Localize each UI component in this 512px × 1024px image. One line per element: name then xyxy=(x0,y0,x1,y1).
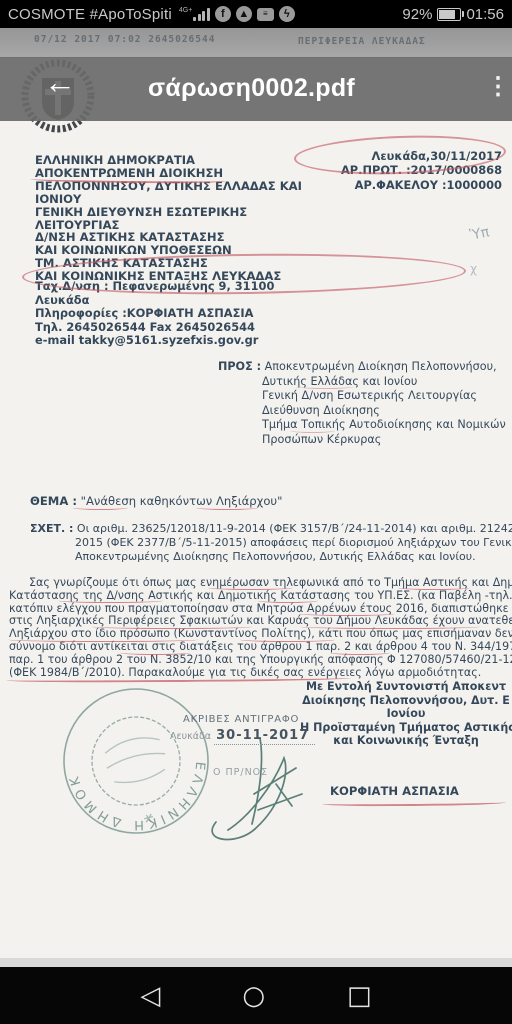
back-button[interactable]: ← xyxy=(44,66,76,98)
related-block: ΣΧΕΤ. : Οι αριθμ. 23625/12018/11-9-2014 … xyxy=(30,522,512,563)
body-line: σύννομο διότι αντίκειται στις διατάξεις … xyxy=(9,641,512,654)
phone-screen: COSMOTE #ApoToSpiti 4G+ f ▲ ≡ ϟ 92% 01:5… xyxy=(0,0,512,1024)
red-underline xyxy=(8,637,198,642)
status-bar-left: COSMOTE #ApoToSpiti 4G+ f ▲ ≡ ϟ xyxy=(8,6,402,23)
nav-back-button[interactable]: ◁ xyxy=(140,983,160,1009)
closing-line: Η Προϊσταμένη Τμήματος Αστικής xyxy=(300,721,512,735)
related-line: Οι αριθμ. 23625/12018/11-9-2014 (ΦΕΚ 315… xyxy=(77,522,512,535)
red-underline xyxy=(240,637,335,642)
signer-role-label: Ο ΠΡ/ΝΟΣ xyxy=(213,767,268,778)
svg-text:ΕΛΛΗΝΙΚΗ ΔΗΜΟΚΡΑΤΙΑ: ΕΛΛΗΝΙΚΗ ΔΗΜΟΚΡΑΤΙΑ xyxy=(20,655,220,856)
closing-line: Με Εντολή Συντονιστή Αποκεντ xyxy=(300,680,512,694)
red-underline xyxy=(296,384,354,389)
certified-date-line: Λευκάδα 30-11-2017 xyxy=(170,728,315,743)
status-bar-right: 92% 01:56 xyxy=(402,6,504,23)
file-number-line: ΑΡ.ΦΑΚΕΛΟΥ :1000000 xyxy=(296,178,502,192)
handwritten-signature xyxy=(198,736,318,856)
closing-block: Με Εντολή Συντονιστή Αποκεντ Διοίκησης Π… xyxy=(300,680,512,748)
to-line: Διεύθυνση Διοίκησης xyxy=(262,404,506,419)
signal-4g-icon: 4G+ xyxy=(179,7,210,21)
red-underline xyxy=(73,505,128,510)
certified-copy-label: ΑΚΡΙΒΕΣ ΑΝΤΙΓΡΑΦΟ xyxy=(183,714,299,725)
margin-handwriting: Ὑπ xyxy=(469,224,491,244)
closing-line: Ιονίου xyxy=(300,707,512,721)
red-underline xyxy=(300,611,395,616)
red-underline xyxy=(300,624,480,629)
red-underline xyxy=(92,624,252,629)
to-line: Αποκεντρωμένη Διοίκηση Πελοποννήσου, xyxy=(265,360,497,373)
signer-name: ΚΟΡΦΙΑΤΗ ΑΣΠΑΣΙΑ xyxy=(330,784,459,798)
stamp-text: ΕΛΛΗΝΙΚΗ ΔΗΜΟΚΡΑΤΙΑ xyxy=(20,655,220,856)
battery-icon xyxy=(437,8,461,21)
closing-line: και Κοινωνικής Ένταξη xyxy=(300,734,512,748)
to-line: Προσώπων Κέρκυρας xyxy=(262,433,506,448)
red-underline xyxy=(208,585,293,590)
closing-line: Διοίκησης Πελοποννήσου, Δυτ. Ε xyxy=(300,694,512,708)
to-label: ΠΡΟΣ : xyxy=(218,360,261,373)
contact-line: Τηλ. 2645026544 Fax 2645026544 xyxy=(35,321,274,335)
battery-percent-label: 92% xyxy=(402,6,432,23)
red-underline xyxy=(330,650,390,655)
facebook-icon: f xyxy=(215,6,231,22)
sms-card-icon: ≡ xyxy=(257,8,274,21)
to-line: Γενική Δ/νση Εσωτερικής Λειτουργίας xyxy=(262,389,506,404)
android-nav-bar: ◁ ○ □ xyxy=(0,967,512,1024)
sender-line: ΓΕΝΙΚΗ ΔΙΕΥΘΥΝΣΗ ΕΣΩΤΕΡΙΚΗΣ xyxy=(35,206,302,219)
related-line: Αποκεντρωμένης Διοίκησης Πελοποννήσου, Δ… xyxy=(75,550,512,564)
contact-line: Πληροφορίες :ΚΟΡΦΙΑΤΗ ΑΣΠΑΣΙΑ xyxy=(35,307,274,321)
red-underline xyxy=(290,428,335,433)
margin-handwriting: χ xyxy=(470,262,477,276)
brave-browser-icon: ▲ xyxy=(236,6,252,22)
related-line: 2015 (ΦΕΚ 2377/Β΄/5-11-2015) αποφάσεις π… xyxy=(75,536,512,550)
recipient-block: ΠΡΟΣ : Αποκεντρωμένη Διοίκηση Πελοποννήσ… xyxy=(218,360,506,448)
clock-label: 01:56 xyxy=(466,6,504,23)
red-underline xyxy=(120,650,190,655)
fax-header-right: ΠΕΡΙΦΕΡΕΙΑ ΛΕΥΚΑΔΑΣ xyxy=(298,36,426,47)
red-underline xyxy=(258,598,318,603)
certified-place: Λευκάδα xyxy=(170,731,211,742)
certified-date: 30-11-2017 xyxy=(214,728,315,745)
contact-line: e-mail takky@5161.syzefxis.gov.gr xyxy=(35,334,274,348)
body-line: παρ. 1 του άρθρου 2 του Ν. 3852/10 και τ… xyxy=(9,654,512,667)
sender-line: ΕΛΛΗΝΙΚΗ ΔΗΜΟΚΡΑΤΙΑ xyxy=(35,154,302,167)
red-underline xyxy=(58,598,163,603)
carrier-label: COSMOTE #ApoToSpiti xyxy=(8,6,172,23)
red-underline xyxy=(398,585,470,590)
pdf-page[interactable]: ΕΛΛΗΝΙΚΗ ΔΗΜΟΚΡΑΤΙΑ ΑΠΟΚΕΝΤΡΩΜΕΝΗ ΔΙΟΙΚΗ… xyxy=(0,28,512,958)
red-underline xyxy=(196,505,258,510)
related-label: ΣΧΕΤ. : xyxy=(30,522,73,535)
messenger-icon: ϟ xyxy=(279,6,295,22)
fax-header-left: 07/12 2017 07:02 2645026544 xyxy=(34,34,215,45)
contact-line: Λευκάδα xyxy=(35,294,274,308)
status-bar: COSMOTE #ApoToSpiti 4G+ f ▲ ≡ ϟ 92% 01:5… xyxy=(0,0,512,28)
sender-line: ΙΟΝΙΟΥ xyxy=(35,193,302,206)
pdf-title: σάρωση0002.pdf xyxy=(148,74,355,103)
overflow-menu-button[interactable]: ⋮ xyxy=(486,72,510,101)
nav-recents-button[interactable]: □ xyxy=(347,983,372,1009)
page-bottom-strip xyxy=(0,958,512,967)
subject-label: ΘΕΜΑ : xyxy=(30,494,77,508)
red-underline xyxy=(322,799,506,807)
nav-home-button[interactable]: ○ xyxy=(242,983,265,1009)
